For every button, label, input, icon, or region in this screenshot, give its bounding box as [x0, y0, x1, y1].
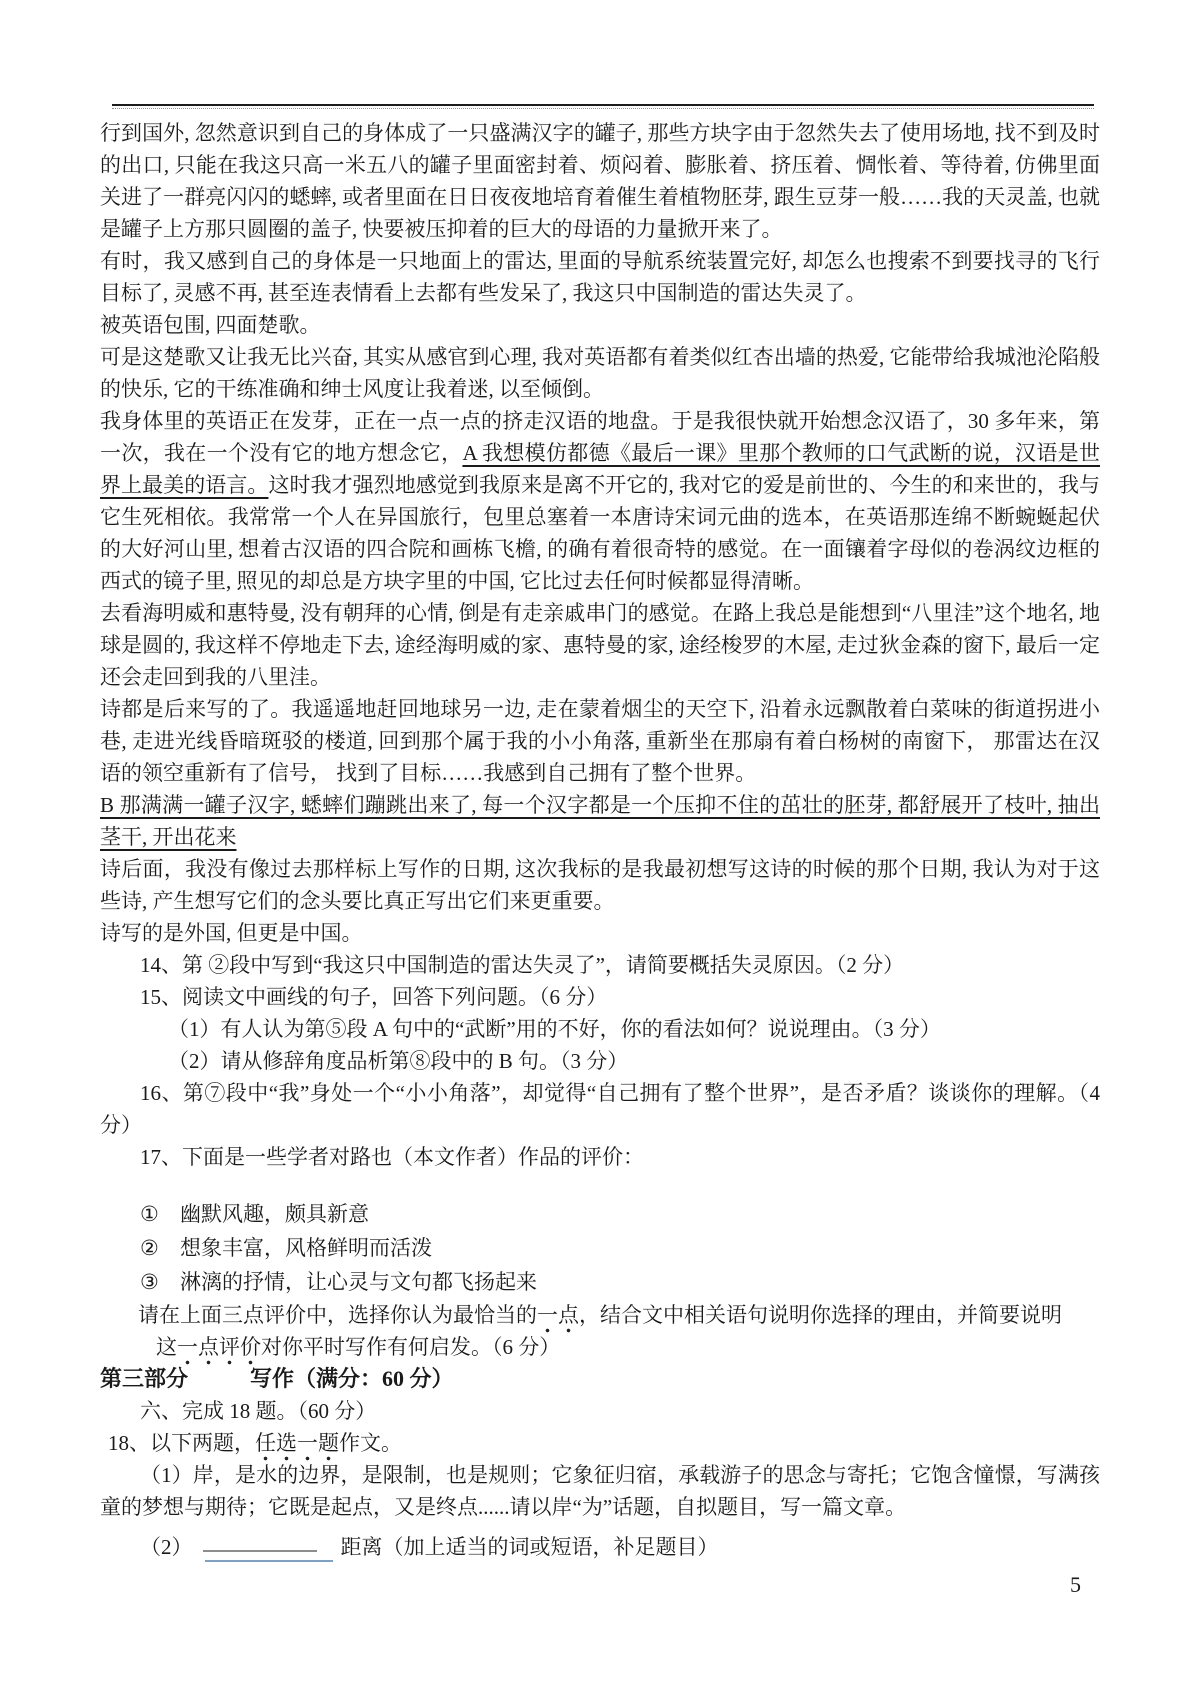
- evaluation-item-2: ②想象丰富，风格鲜明而活泼: [100, 1231, 1100, 1265]
- question-15-sub-1: （1）有人认为第⑤段 A 句中的“武断”用的不好，你的看法如何？说说理由。（3 …: [100, 1013, 1100, 1045]
- paragraph-text: 去看海明威和惠特曼, 没有朝拜的心情, 倒是有走亲戚串门的感觉。在路上我总是能想…: [100, 601, 1100, 689]
- evaluation-item-1: ①幽默风趣，颇具新意: [100, 1197, 1100, 1231]
- evaluation-list: ①幽默风趣，颇具新意 ②想象丰富，风格鲜明而活泼 ③淋漓的抒情，让心灵与文句都飞…: [100, 1197, 1100, 1299]
- questions-section: 14、第 ②段中写到“我这只中国制造的雷达失灵了”，请简要概括失灵原因。（2 分…: [100, 949, 1100, 1363]
- question-16: 16、第⑦段中“我”身处一个“小小角落”，却觉得“自己拥有了整个世界”，是否矛盾…: [100, 1077, 1100, 1141]
- paragraph-text: 诗都是后来写的了。我遥遥地赶回地球另一边, 走在蒙着烟尘的天空下, 沿着永远飘散…: [100, 697, 1100, 785]
- paragraph-text: 行到国外, 忽然意识到自己的身体成了一只盛满汉字的罐子, 那些方块字由于忽然失去…: [100, 121, 1100, 241]
- question-15-sub-2: （2）请从修辞角度品析第⑧段中的 B 句。（3 分）: [100, 1045, 1100, 1077]
- section-header: 第三部分写作（满分：60 分）: [100, 1363, 1100, 1395]
- passage-paragraph-4: 可是这楚歌又让我无比兴奋, 其实从感官到心理, 我对英语都有着类似红杏出墙的热爱…: [100, 341, 1100, 405]
- question-text: 作文。: [339, 1431, 402, 1455]
- section-header-title: 写作（满分：60 分）: [250, 1366, 454, 1391]
- passage-paragraph-3: 被英语包围, 四面楚歌。: [100, 309, 1100, 341]
- fill-in-blank: [203, 1534, 333, 1554]
- circled-number-2: ②: [140, 1231, 180, 1265]
- option-text: 距离（加上适当的词或短语，补足题目）: [341, 1535, 719, 1559]
- page-top-rule: [112, 104, 1094, 109]
- writing-section: 第三部分写作（满分：60 分） 六、完成 18 题。（60 分） 18、以下两题…: [100, 1363, 1100, 1563]
- section-six-line: 六、完成 18 题。（60 分）: [100, 1395, 1100, 1427]
- underlined-sentence-b: B 那满满一罐子汉字, 蟋蟀们蹦跳出来了, 每一个汉字都是一个压抑不住的茁壮的胚…: [100, 793, 1100, 849]
- paragraph-text: 诗写的是外国, 但更是中国。: [100, 921, 363, 945]
- question-18-option-2: （2）距离（加上适当的词或短语，补足题目）: [100, 1531, 1100, 1563]
- passage-paragraph-2: 有时，我又感到自己的身体是一只地面上的雷达, 里面的导航系统装置完好, 却怎么也…: [100, 245, 1100, 309]
- passage-paragraph-8: B 那满满一罐子汉字, 蟋蟀们蹦跳出来了, 每一个汉字都是一个压抑不住的茁壮的胚…: [100, 789, 1100, 853]
- option-label: （2）: [140, 1535, 193, 1559]
- question-14: 14、第 ②段中写到“我这只中国制造的雷达失灵了”，请简要概括失灵原因。（2 分…: [100, 949, 1100, 981]
- passage-paragraph-7: 诗都是后来写的了。我遥遥地赶回地球另一边, 走在蒙着烟尘的天空下, 沿着永远飘散…: [100, 693, 1100, 789]
- note-text: 请在上面三点评价中，选择你认为最恰当的: [138, 1303, 537, 1327]
- passage-paragraph-9: 诗后面，我没有像过去那样标上写作的日期, 这次我标的是我最初想写这诗的时候的那个…: [100, 853, 1100, 917]
- reading-passage: 行到国外, 忽然意识到自己的身体成了一只盛满汉字的罐子, 那些方块字由于忽然失去…: [100, 117, 1100, 949]
- question-15: 15、阅读文中画线的句子，回答下列问题。（6 分）: [100, 981, 1100, 1013]
- emphasized-text: 一点: [537, 1303, 579, 1333]
- evaluation-item-text: 幽默风趣，颇具新意: [180, 1202, 369, 1226]
- evaluation-item-3: ③淋漓的抒情，让心灵与文句都飞扬起来: [100, 1265, 1100, 1299]
- blank-blue-line: [205, 1560, 333, 1562]
- note-text: ，结合文中相关语句说明你选择的理由，并简要说明: [579, 1303, 1062, 1327]
- question-17-note-line-1: 请在上面三点评价中，选择你认为最恰当的一点，结合文中相关语句说明你选择的理由，并…: [100, 1299, 1100, 1331]
- note-text: 对你平时写作有何启发。（6 分）: [261, 1335, 560, 1359]
- passage-paragraph-6: 去看海明威和惠特曼, 没有朝拜的心情, 倒是有走亲戚串门的感觉。在路上我总是能想…: [100, 597, 1100, 693]
- paragraph-text: 可是这楚歌又让我无比兴奋, 其实从感官到心理, 我对英语都有着类似红杏出墙的热爱…: [100, 345, 1100, 401]
- paragraph-text: 被英语包围, 四面楚歌。: [100, 313, 321, 337]
- circled-number-3: ③: [140, 1265, 180, 1299]
- question-18: 18、以下两题，任选一题作文。: [100, 1427, 1100, 1459]
- page-number: 5: [1070, 1572, 1081, 1598]
- circled-number-1: ①: [140, 1197, 180, 1231]
- passage-paragraph-5: 我身体里的英语正在发芽，正在一点一点的挤走汉语的地盘。于是我很快就开始想念汉语了…: [100, 405, 1100, 597]
- question-17: 17、下面是一些学者对路也（本文作者）作品的评价：: [100, 1141, 1100, 1173]
- emphasized-text: 任选一题: [255, 1431, 339, 1461]
- blank-underscore-line: [203, 1550, 317, 1552]
- question-17-note-line-2: 这一点评价对你平时写作有何启发。（6 分）: [100, 1331, 1100, 1363]
- note-text: 这: [156, 1335, 177, 1359]
- passage-paragraph-1: 行到国外, 忽然意识到自己的身体成了一只盛满汉字的罐子, 那些方块字由于忽然失去…: [100, 117, 1100, 245]
- paragraph-text: 有时，我又感到自己的身体是一只地面上的雷达, 里面的导航系统装置完好, 却怎么也…: [100, 249, 1100, 305]
- exam-page: 行到国外, 忽然意识到自己的身体成了一只盛满汉字的罐子, 那些方块字由于忽然失去…: [0, 0, 1200, 1698]
- evaluation-item-text: 淋漓的抒情，让心灵与文句都飞扬起来: [180, 1270, 537, 1294]
- question-text: 18、以下两题，: [108, 1431, 255, 1455]
- paragraph-text: 诗后面，我没有像过去那样标上写作的日期, 这次我标的是我最初想写这诗的时候的那个…: [100, 857, 1100, 913]
- section-header-part: 第三部分: [100, 1366, 188, 1391]
- question-18-option-1: （1）岸，是水的边界，是限制，也是规则；它象征归宿，承载游子的思念与寄托；它饱含…: [100, 1459, 1100, 1523]
- evaluation-item-text: 想象丰富，风格鲜明而活泼: [180, 1236, 432, 1260]
- emphasized-text: 一点评价: [177, 1335, 261, 1365]
- passage-paragraph-10: 诗写的是外国, 但更是中国。: [100, 917, 1100, 949]
